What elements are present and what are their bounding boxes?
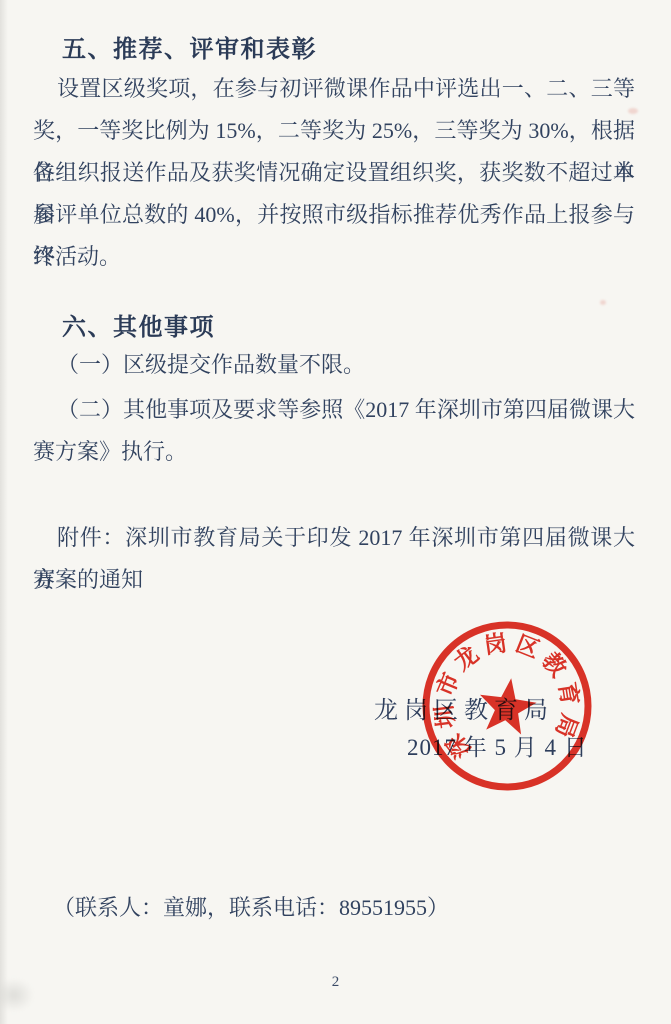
text-line: （二）其他事项及要求等参照《2017 年深圳市第四届微课大 <box>33 389 635 431</box>
text-line: （一）区级提交作品数量不限。 <box>33 344 635 386</box>
text-line: 方案的通知 <box>33 559 635 601</box>
scan-edge-shadow <box>0 0 8 1024</box>
seal-star-icon <box>480 678 537 734</box>
text-line: 附件：深圳市教育局关于印发 2017 年深圳市第四届微课大赛 <box>33 517 635 559</box>
scan-speck <box>600 300 606 305</box>
attachment-paragraph: 附件：深圳市教育局关于印发 2017 年深圳市第四届微课大赛 方案的通知 <box>33 517 635 601</box>
section-6-item-1: （一）区级提交作品数量不限。 <box>33 344 635 386</box>
section-5-heading: 五、推荐、评审和表彰 <box>62 29 317 64</box>
text-line: 设置区级奖项，在参与初评微课作品中评选出一、二、三等 <box>33 68 635 110</box>
text-line: 参评单位总数的 40%，并按照市级指标推荐优秀作品上报参与终 <box>33 194 635 236</box>
official-seal: 深圳市龙岗区教育局 <box>417 616 597 796</box>
document-page: 五、推荐、评审和表彰 设置区级奖项，在参与初评微课作品中评选出一、二、三等 奖，… <box>0 0 671 1024</box>
section-6-item-2: （二）其他事项及要求等参照《2017 年深圳市第四届微课大 赛方案》执行。 <box>33 389 635 473</box>
text-line: 评活动。 <box>33 236 635 278</box>
page-number: 2 <box>0 974 671 991</box>
text-line: 赛方案》执行。 <box>33 431 635 473</box>
contact-line: （联系人：童娜，联系电话：89551955） <box>33 891 635 922</box>
section-5-paragraph: 设置区级奖项，在参与初评微课作品中评选出一、二、三等 奖，一等奖比例为 15%，… <box>33 68 635 278</box>
text-line: 位组织报送作品及获奖情况确定设置组织奖，获奖数不超过本届 <box>33 152 635 194</box>
section-6-heading: 六、其他事项 <box>62 307 215 342</box>
text-line: 奖，一等奖比例为 15%，二等奖为 25%，三等奖为 30%，根据各单 <box>33 110 635 152</box>
